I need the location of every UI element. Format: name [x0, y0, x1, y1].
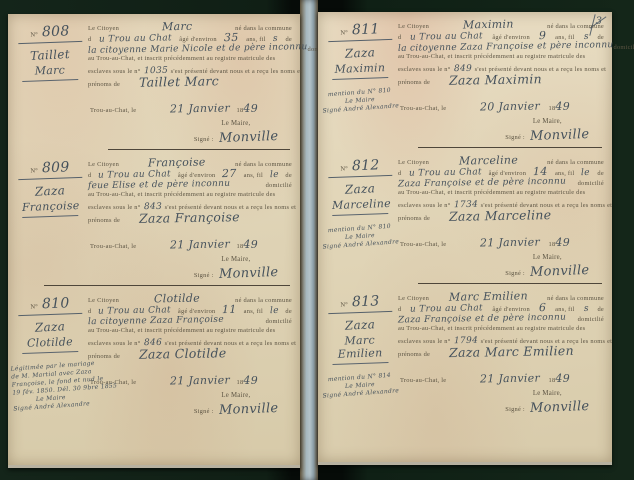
printed-text: Le Maire,	[180, 392, 292, 399]
form-line-6: prénoms de Taillet Marc	[88, 77, 292, 92]
printed-text: né dans la commune	[547, 159, 604, 166]
margin-annotation: mention du N° 810Le MaireSigné André Ale…	[321, 86, 398, 115]
printed-text: Signé :	[194, 408, 214, 415]
handwritten-commune: u Trou au Chat	[99, 33, 172, 44]
handwritten-year: 49	[243, 374, 258, 387]
form-line-4: au Trou-au-Chat, et inscrit précédemment…	[88, 191, 292, 202]
number-label: N°	[340, 165, 348, 172]
handwritten-full-name: Taillet Marc	[139, 76, 219, 87]
handwritten-year: 49	[555, 372, 570, 385]
printed-text: né dans la commune	[235, 161, 292, 168]
register-page-left: N° 808 Taillet Marc Le Citoyen Marc né d…	[8, 14, 300, 468]
printed-text: âgé d'environ	[179, 36, 217, 43]
printed-text: Signé :	[505, 270, 525, 277]
handwritten-signature: Monville	[218, 265, 278, 282]
number-label: N°	[30, 303, 38, 310]
printed-text: Le Citoyen	[88, 297, 119, 304]
form-line-3: la citoyenne Zaza Françoise et père inco…	[398, 42, 604, 53]
printed-text: au Trou-au-Chat, et inscrit précédemment…	[88, 191, 275, 198]
printed-text: esclaves sous le n°	[88, 340, 141, 347]
form-line-6: prénoms de Zaza Marceline	[398, 211, 604, 226]
form-line-3: la citoyenne Zaza Françoise domicilié	[88, 316, 292, 327]
printed-text: domicilié	[266, 182, 292, 189]
handwritten-year: 49	[555, 100, 570, 113]
handwritten-gender-suffix: s	[583, 304, 588, 314]
printed-text: prénoms de	[398, 79, 430, 86]
printed-text: âgé d'environ	[489, 170, 527, 177]
handwritten-parents: Zaza Françoise et de père inconnu	[398, 177, 566, 190]
handwritten-first-name: Marceline	[458, 155, 517, 166]
margin-surname: Zaza	[12, 318, 89, 336]
register-entry: N° 809 Zaza Françoise Le Citoyen Françoi…	[8, 150, 300, 283]
printed-text: Le Maire,	[180, 120, 292, 127]
printed-text: domicilié	[614, 44, 634, 51]
printed-text: ans, fil	[244, 308, 263, 315]
form-line-3: Zaza Françoise et de père inconnu domici…	[398, 178, 604, 189]
handwritten-first-name: Marc	[162, 22, 193, 33]
printed-text: au Trou-au-Chat, et inscrit précédemment…	[398, 325, 585, 332]
register-entry: N° 811 Zaza Maximin mention du N° 810Le …	[318, 12, 612, 145]
printed-text: âgé d'environ	[178, 172, 216, 179]
handwritten-commune: u Trou au Chat	[98, 169, 171, 180]
handwritten-parents: feue Elise et de père inconnu	[88, 179, 230, 191]
printed-text: Le Citoyen	[398, 295, 429, 302]
handwritten-commune: u Trou au Chat	[410, 303, 483, 314]
printed-text: au Trou-au-Chat, et inscrit précédemment…	[88, 55, 275, 62]
printed-text: esclaves sous le n°	[398, 66, 451, 73]
entry-margin: N° 813 Zaza Marc Emilien mention du N° 8…	[322, 290, 398, 415]
printed-text: ans, fil	[244, 172, 263, 179]
number-label: N°	[340, 301, 348, 308]
printed-text: esclaves sous le n°	[398, 202, 451, 209]
printed-text: esclaves sous le n°	[88, 204, 141, 211]
printed-text: prénoms de	[88, 81, 120, 88]
entry-number: 810	[42, 295, 70, 312]
handwritten-date: 20 Janvier	[480, 101, 540, 112]
handwritten-gender-suffix: le	[270, 170, 279, 180]
mayor-signature-block: Le Maire, Signé : Monville	[491, 118, 604, 143]
register-entry: N° 808 Taillet Marc Le Citoyen Marc né d…	[8, 14, 300, 147]
entry-margin: N° 810 Zaza Clotilde Légitimée par le ma…	[12, 292, 88, 417]
printed-text: Le Citoyen	[398, 159, 429, 166]
printed-text: Trou-au-Chat, le	[90, 243, 136, 250]
mayor-signature-block: Le Maire, Signé : Monville	[180, 256, 292, 281]
printed-text: Signé :	[194, 136, 214, 143]
form-line-6: prénoms de Zaza Marc Emilien	[398, 347, 604, 362]
printed-text: de	[597, 306, 604, 313]
entry-margin: N° 809 Zaza Françoise	[12, 156, 88, 281]
printed-text: esclaves sous le n°	[88, 68, 141, 75]
printed-text: Signé :	[505, 134, 525, 141]
form-line-4: au Trou-au-Chat, et inscrit précédemment…	[398, 189, 604, 200]
handwritten-date: 21 Janvier	[170, 375, 230, 386]
printed-text: d	[88, 172, 91, 179]
margin-annotation: mention du N° 810Le MaireSigné André Ale…	[321, 222, 398, 251]
entry-number: 813	[352, 293, 380, 310]
printed-text: domicilié	[266, 318, 292, 325]
printed-text: d	[398, 34, 401, 41]
printed-text: Trou-au-Chat, le	[400, 377, 446, 384]
date-line: Trou-au-Chat, le 20 Janvier 1849	[398, 97, 604, 113]
form-line-1: Le Citoyen Clotilde né dans la commune	[88, 294, 292, 305]
printed-text: d	[88, 36, 91, 43]
handwritten-age: 27	[222, 169, 237, 179]
handwritten-first-name: Marc Emilien	[449, 291, 528, 302]
form-line-6: prénoms de Zaza Clotilde	[88, 349, 292, 364]
entry-number: 812	[352, 157, 380, 174]
handwritten-year: 49	[555, 236, 570, 249]
mayor-signature-block: Le Maire, Signé : Monville	[180, 392, 292, 417]
date-line: Trou-au-Chat, le 21 Janvier 1849	[88, 371, 292, 387]
handwritten-gender-suffix: le	[270, 306, 279, 316]
printed-text: âgé d'environ	[492, 34, 530, 41]
number-label: N°	[30, 167, 38, 174]
printed-text: Le Maire,	[491, 254, 604, 261]
margin-given-name: Maximin	[332, 61, 389, 80]
printed-text: né dans la commune	[547, 295, 604, 302]
handwritten-parents: Zaza Françoise et de père inconnu	[398, 313, 566, 326]
entry-number: 808	[42, 23, 70, 40]
handwritten-age: 11	[222, 305, 237, 315]
margin-given-name: Marc	[22, 63, 79, 82]
mayor-signature-block: Le Maire, Signé : Monville	[491, 254, 604, 279]
printed-text: Trou-au-Chat, le	[90, 107, 136, 114]
form-line-4: au Trou-au-Chat, et inscrit précédemment…	[88, 55, 292, 66]
form-line-1: Le Citoyen Marc Emilien né dans la commu…	[398, 292, 604, 303]
entry-margin: N° 811 Zaza Maximin mention du N° 810Le …	[322, 18, 398, 143]
handwritten-age: 6	[539, 303, 546, 313]
handwritten-parents: la citoyenne Zaza Françoise	[88, 315, 224, 327]
handwritten-commune: u Trou au Chat	[410, 31, 483, 42]
margin-surname: Zaza	[12, 182, 89, 200]
margin-annotation: mention du N° 814Le MaireSigné André Ale…	[321, 371, 398, 400]
handwritten-full-name: Zaza Françoise	[139, 212, 240, 224]
handwritten-signature: Monville	[530, 127, 590, 144]
margin-surname: Zaza	[322, 180, 399, 198]
printed-text: né dans la commune	[547, 23, 604, 30]
entry-margin: N° 808 Taillet Marc	[12, 20, 88, 145]
date-line: Trou-au-Chat, le 21 Janvier 1849	[398, 369, 604, 385]
entry-number-line: N° 811	[328, 21, 393, 42]
form-line-4: au Trou-au-Chat, et inscrit précédemment…	[398, 53, 604, 64]
entry-number: 811	[352, 21, 380, 38]
handwritten-age: 9	[539, 31, 546, 41]
printed-text: au Trou-au-Chat, et inscrit précédemment…	[398, 53, 585, 60]
form-line-4: au Trou-au-Chat, et inscrit précédemment…	[398, 325, 604, 336]
handwritten-first-name: Maximin	[463, 20, 514, 31]
printed-text: né dans la commune	[235, 25, 292, 32]
entry-number-line: N° 808	[18, 23, 83, 44]
printed-text: au Trou-au-Chat, et inscrit précédemment…	[88, 327, 275, 334]
form-line-3: la citoyenne Marie Nicole et de père inc…	[88, 44, 292, 55]
printed-text: âgé d'environ	[178, 308, 216, 315]
entry-body: Le Citoyen Marceline né dans la commune …	[398, 154, 604, 279]
number-label: N°	[30, 31, 38, 38]
margin-annotation: Légitimée par le mariagede M. Martial av…	[10, 360, 89, 413]
printed-text: prénoms de	[398, 215, 430, 222]
handwritten-date: 21 Janvier	[480, 237, 540, 248]
printed-text: prénoms de	[398, 351, 430, 358]
year-group: 1849	[237, 235, 259, 253]
year-group: 1849	[549, 97, 571, 115]
printed-text: au Trou-au-Chat, et inscrit précédemment…	[398, 189, 585, 196]
printed-text: d	[88, 308, 91, 315]
entry-number-line: N° 810	[18, 295, 83, 316]
form-line-1: Le Citoyen Françoise né dans la commune	[88, 158, 292, 169]
handwritten-first-name: Clotilde	[154, 294, 200, 305]
form-line-1: Le Citoyen Marceline né dans la commune	[398, 156, 604, 167]
margin-surname: Zaza	[322, 44, 399, 62]
handwritten-first-name: Françoise	[148, 157, 206, 168]
form-line-3: feue Elise et de père inconnu domicilié	[88, 180, 292, 191]
form-line-3: Zaza Françoise et de père inconnu domici…	[398, 314, 604, 325]
number-label: N°	[340, 29, 348, 36]
printed-text: domicilié	[578, 316, 604, 323]
handwritten-signature: Monville	[530, 263, 590, 280]
date-line: Trou-au-Chat, le 21 Janvier 1849	[398, 233, 604, 249]
handwritten-signature: Monville	[218, 129, 278, 146]
printed-text: Trou-au-Chat, le	[400, 105, 446, 112]
handwritten-year: 49	[243, 238, 258, 251]
margin-surname: Taillet	[12, 46, 89, 64]
form-line-4: au Trou-au-Chat, et inscrit précédemment…	[88, 327, 292, 338]
handwritten-full-name: Zaza Clotilde	[139, 348, 227, 360]
entry-body: Le Citoyen Marc né dans la commune d u T…	[88, 20, 292, 145]
form-line-2: d u Trou au Chat âgé d'environ 11 ans, f…	[88, 305, 292, 316]
year-group: 1849	[237, 371, 259, 389]
margin-given-name: Marceline	[332, 197, 389, 216]
form-line-6: prénoms de Zaza Françoise	[88, 213, 292, 228]
printed-text: de	[285, 172, 292, 179]
entry-number-line: N° 812	[328, 157, 393, 178]
margin-surname: Zaza	[322, 316, 399, 334]
entry-body: Le Citoyen Françoise né dans la commune …	[88, 156, 292, 281]
entry-number-line: N° 813	[328, 293, 393, 314]
date-line: Trou-au-Chat, le 21 Janvier 1849	[88, 235, 292, 251]
handwritten-date: 21 Janvier	[480, 373, 540, 384]
printed-text: esclaves sous le n°	[398, 338, 451, 345]
printed-text: Le Citoyen	[88, 161, 119, 168]
printed-text: d	[398, 170, 401, 177]
date-line: Trou-au-Chat, le 21 Janvier 1849	[88, 99, 292, 115]
entry-number-line: N° 809	[18, 159, 83, 180]
handwritten-date: 21 Janvier	[170, 103, 230, 114]
printed-text: Le Citoyen	[88, 25, 119, 32]
handwritten-gender-suffix: le	[581, 168, 590, 178]
year-group: 1849	[549, 369, 571, 387]
entry-number: 809	[42, 159, 70, 176]
register-entry: N° 813 Zaza Marc Emilien mention du N° 8…	[318, 284, 612, 417]
form-line-1: Le Citoyen Maximin né dans la commune	[398, 20, 604, 31]
printed-text: Signé :	[194, 272, 214, 279]
form-line-2: d u Trou au Chat âgé d'environ 27 ans, f…	[88, 169, 292, 180]
printed-text: né dans la commune	[235, 297, 292, 304]
form-line-1: Le Citoyen Marc né dans la commune	[88, 22, 292, 33]
handwritten-year: 49	[243, 102, 258, 115]
printed-text: âgé d'environ	[492, 306, 530, 313]
printed-text: Le Citoyen	[398, 23, 429, 30]
handwritten-signature: Monville	[218, 401, 278, 418]
year-group: 1849	[237, 99, 259, 117]
handwritten-full-name: Zaza Marc Emilien	[449, 346, 574, 358]
mayor-signature-block: Le Maire, Signé : Monville	[491, 390, 604, 415]
entry-margin: N° 812 Zaza Marceline mention du N° 810L…	[322, 154, 398, 279]
year-group: 1849	[549, 233, 571, 251]
handwritten-date: 21 Janvier	[170, 239, 230, 250]
form-line-2: d u Trou au Chat âgé d'environ 6 ans, fi…	[398, 303, 604, 314]
handwritten-full-name: Zaza Marceline	[449, 210, 552, 222]
printed-text: Le Maire,	[491, 118, 604, 125]
entry-body: Le Citoyen Clotilde né dans la commune d…	[88, 292, 292, 417]
handwritten-age: 35	[224, 33, 239, 43]
handwritten-age: 14	[533, 167, 548, 177]
printed-text: de	[597, 170, 604, 177]
handwritten-signature: Monville	[530, 399, 590, 416]
form-line-2: d u Trou au Chat âgé d'environ 14 ans, f…	[398, 167, 604, 178]
printed-text: domicilié	[578, 180, 604, 187]
mayor-signature-block: Le Maire, Signé : Monville	[180, 120, 292, 145]
margin-given-name: Marc Emilien	[331, 333, 388, 365]
book-binding-gutter	[300, 0, 318, 480]
handwritten-commune: u Trou au Chat	[408, 167, 481, 178]
printed-text: Le Maire,	[180, 256, 292, 263]
printed-text: Signé :	[505, 406, 525, 413]
register-entry: N° 812 Zaza Marceline mention du N° 810L…	[318, 148, 612, 281]
entry-body: Le Citoyen Maximin né dans la commune d …	[398, 18, 604, 143]
form-line-6: prénoms de Zaza Maximin	[398, 75, 604, 90]
register-entry: N° 810 Zaza Clotilde Légitimée par le ma…	[8, 286, 300, 419]
printed-text: Trou-au-Chat, le	[400, 241, 446, 248]
margin-given-name: Françoise	[22, 199, 79, 218]
entry-body: Le Citoyen Marc Emilien né dans la commu…	[398, 290, 604, 415]
printed-text: Le Maire,	[491, 390, 604, 397]
printed-text: prénoms de	[88, 217, 120, 224]
printed-text: d	[398, 306, 401, 313]
printed-text: de	[285, 308, 292, 315]
handwritten-full-name: Zaza Maximin	[449, 74, 542, 86]
margin-given-name: Clotilde	[22, 335, 79, 354]
register-page-right: 3 N° 811 Zaza Maximin mention du N° 810L…	[318, 12, 612, 465]
